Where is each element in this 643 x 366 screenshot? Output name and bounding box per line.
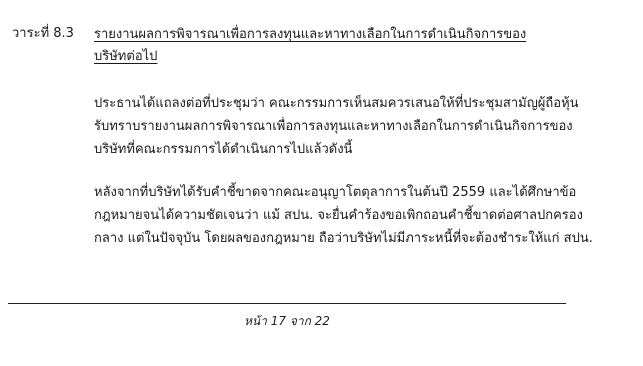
paragraph-line: กฎหมายจนได้ความชัดเจนว่า แม้ สปน. จะยื่น…	[94, 204, 574, 227]
paragraph-line: บริษัทที่คณะกรรมการได้ดำเนินการไปแล้วดัง…	[94, 138, 574, 161]
agenda-title-line: บริษัทต่อไป	[94, 46, 574, 68]
agenda-title: รายงานผลการพิจารณาเพื่อการลงทุนและหาทางเ…	[94, 24, 574, 68]
paragraph-chairman-statement: ประธานได้แถลงต่อที่ประชุมว่า คณะกรรมการเ…	[94, 92, 574, 161]
agenda-title-line: รายงานผลการพิจารณาเพื่อการลงทุนและหาทางเ…	[94, 24, 574, 46]
paragraph-line: หลังจากที่บริษัทได้รับคำชี้ขาดจากคณะอนุญ…	[94, 181, 574, 204]
footer-divider	[8, 303, 566, 304]
page-number: หน้า 17 จาก 22	[0, 312, 574, 331]
paragraph-line: รับทราบรายงานผลการพิจารณาเพื่อการลงทุนแล…	[94, 115, 574, 138]
paragraph-line: กลาง แต่ในปัจจุบัน โดยผลของกฎหมาย ถือว่า…	[94, 227, 574, 250]
paragraph-line: ประธานได้แถลงต่อที่ประชุมว่า คณะกรรมการเ…	[94, 92, 574, 115]
paragraph-arbitration-result: หลังจากที่บริษัทได้รับคำชี้ขาดจากคณะอนุญ…	[94, 181, 574, 250]
agenda-number: วาระที่ 8.3	[12, 24, 74, 44]
